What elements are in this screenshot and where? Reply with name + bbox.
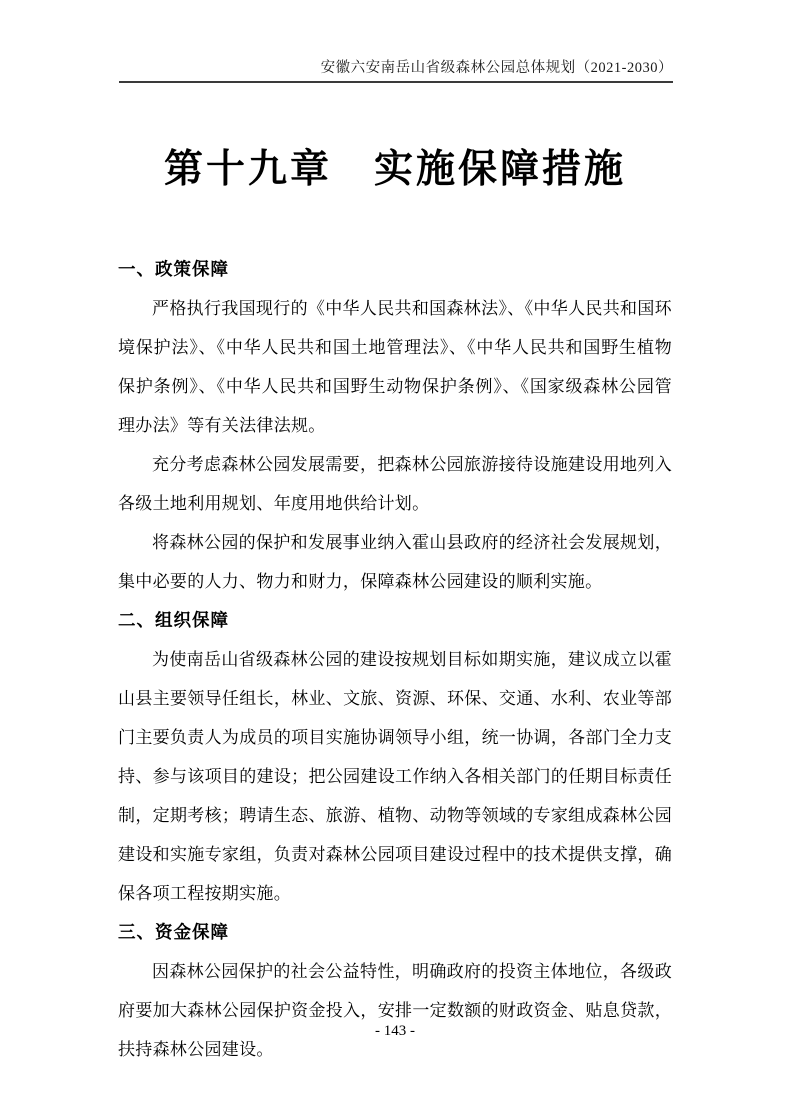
paragraph: 为使南岳山省级森林公园的建设按规划目标如期实施，建议成立以霍山县主要领导任组长，… <box>118 640 672 913</box>
document-body: 一、政策保障 严格执行我国现行的《中华人民共和国森林法》、《中华人民共和国环境保… <box>118 250 672 1069</box>
section-heading-organization: 二、组织保障 <box>118 601 672 640</box>
paragraph: 因森林公园保护的社会公益特性，明确政府的投资主体地位，各级政府要加大森林公园保护… <box>118 952 672 1069</box>
paragraph: 将森林公园的保护和发展事业纳入霍山县政府的经济社会发展规划，集中必要的人力、物力… <box>118 523 672 601</box>
chapter-title: 第十九章 实施保障措施 <box>0 138 790 194</box>
section-heading-funding: 三、资金保障 <box>118 913 672 952</box>
document-page: 安徽六安南岳山省级森林公园总体规划（2021-2030） 第十九章 实施保障措施… <box>0 0 790 1118</box>
section-heading-policy: 一、政策保障 <box>118 250 672 289</box>
page-number: - 143 - <box>0 1023 790 1040</box>
running-header: 安徽六安南岳山省级森林公园总体规划（2021-2030） <box>119 56 673 83</box>
paragraph: 充分考虑森林公园发展需要，把森林公园旅游接待设施建设用地列入各级土地利用规划、年… <box>118 445 672 523</box>
paragraph: 严格执行我国现行的《中华人民共和国森林法》、《中华人民共和国环境保护法》、《中华… <box>118 289 672 445</box>
